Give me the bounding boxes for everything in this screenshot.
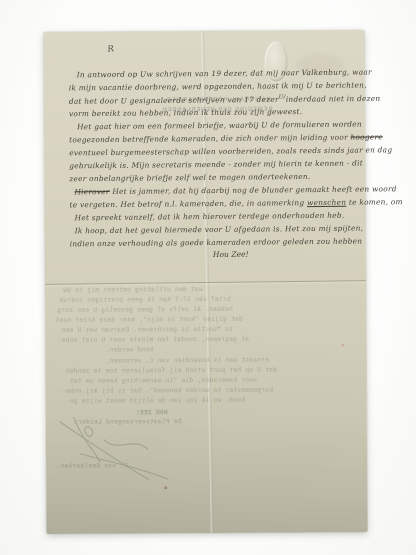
typed-bleedthrough-line: kend worden.: [105, 347, 153, 354]
typed-bleedthrough-line: al gegrepen, zoodat ten minste voor U ni…: [57, 337, 249, 344]
handwritten-line: indien onze verhouding als goede kamerad…: [70, 238, 363, 248]
strikethrough-word: Hierover: [74, 187, 109, 196]
line-text: inderdaad niet in dezen: [286, 94, 381, 104]
line-text: toegezonden betreffende kameraden, die z…: [69, 133, 350, 145]
line-text: Het is jammer, dat hij daarbij nog de bl…: [110, 184, 397, 196]
typed-bleedthrough-line: kend, en ik zou van de altijd meest wijz…: [66, 398, 246, 405]
typed-bleedthrough-line: in functie is geschreven. Daarvan was U …: [61, 327, 233, 334]
handwritten-line: ik mijn vacantie doorbreng, werd opgezon…: [69, 81, 367, 91]
paper-sheet: NATIONAAL HOOFDKWARTIER BEWEGING DER NED…: [43, 30, 367, 534]
typed-bleedthrough-line: hebben. Al zelfs al geen gevoelig U een …: [57, 307, 233, 314]
line-text: te vergeten. Het betrof n.l. kameraden, …: [69, 198, 307, 209]
handwritten-line: te vergeten. Het betrof n.l. kameraden, …: [69, 198, 402, 209]
typed-bleedthrough-line: dat U op het punt stond mij formulieren …: [66, 368, 278, 376]
line-text: dat het door U gesignaleerde schrijven v…: [69, 95, 279, 106]
handwritten-annotation: R: [107, 44, 115, 55]
paper-spot: [341, 344, 344, 346]
handwritten-line: toegezonden betreffende kameraden, die z…: [69, 133, 383, 143]
typed-bleedthrough-line: ernaast aan is bovendien van C. vernomen…: [105, 358, 269, 365]
superscript-insertion: U/: [279, 94, 286, 100]
handwritten-line: Het gaat hier om een formeel briefje, wa…: [77, 121, 362, 131]
signature-bleedthrough: [54, 415, 178, 488]
handwritten-line: Hierover Het is jammer, dat hij daarbij …: [74, 185, 396, 195]
strikethrough-word: hoogere: [350, 132, 383, 141]
handwritten-line: Het spreekt vanzelf, dat ik hem hierover…: [75, 212, 345, 222]
closing-salute: Hou Zee!: [213, 250, 249, 259]
handwritten-line: Ik hoop, dat het geval hiermede voor U a…: [75, 225, 364, 235]
handwritten-line: gebruikelijk is. Mijn secretaris meende …: [69, 160, 363, 170]
typed-bleedthrough-line: dat gijzen "komt is mijn", maar deze bri…: [55, 317, 243, 324]
underlined-word: wenschen: [307, 198, 346, 207]
typed-bleedthrough-line: burgemeester te worden benoemd". Dat is …: [62, 388, 274, 396]
typed-bleedthrough-line: brief van 17-7 kan ik geen prettigen ind…: [59, 297, 231, 304]
handwritten-line: In antwoord op Uw schrijven van 19 dezer…: [77, 68, 372, 78]
letter-photo: NATIONAAL HOOFDKWARTIER BEWEGING DER NED…: [0, 0, 416, 555]
bleedthrough-signature-name: C. van Geelkerken.: [56, 463, 128, 470]
handwritten-line: vorm bereikt zou hebben, indien ik thuis…: [69, 108, 302, 118]
handwritten-line: zeer onbelangrijke briefje zelf wel te m…: [69, 173, 310, 183]
typed-bleedthrough-line: wat den uitlating omtrent mij in Uw: [63, 287, 203, 294]
handwritten-line: eventueel burgemeesterschap willen voorb…: [69, 146, 392, 157]
line-text: te komen, om: [346, 197, 403, 207]
handwritten-line: dat het door U gesignaleerde schrijven v…: [69, 94, 381, 105]
typed-bleedthrough-line: voor kameraden, die "in aanmerking komen…: [70, 378, 258, 385]
